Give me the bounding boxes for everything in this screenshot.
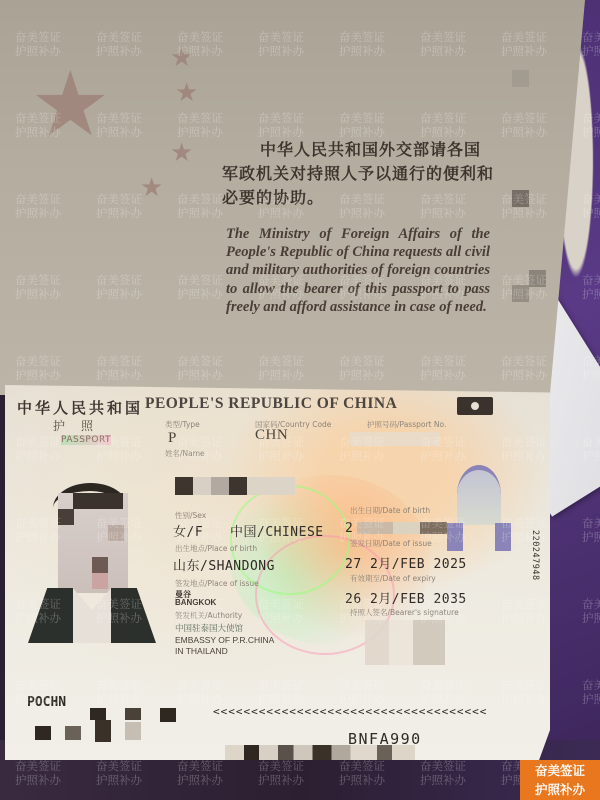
place-of-birth-label: 出生地点/Place of birth [175, 543, 257, 554]
place-of-issue-label: 签发地点/Place of issue [175, 578, 259, 589]
mrz-line2-tail: BNFA990 [348, 730, 422, 748]
redaction-blocks [512, 70, 546, 360]
request-text-chinese: 中华人民共和国外交部请各国军政机关对持照人予以通行的便利和必要的协助。 [222, 138, 497, 210]
date-of-expiry-label: 有效期至/Date of expiry [350, 573, 436, 584]
ghost-photo-head [457, 465, 501, 525]
name-redacted [175, 477, 295, 495]
authority-english-line1: EMBASSY OF P.R.CHINA [175, 635, 274, 646]
place-of-birth-value: 山东/SHANDONG [173, 555, 275, 574]
small-star-icon: ★ [140, 175, 163, 201]
passport-data-page: 中华人民共和国 PEOPLE'S REPUBLIC OF CHINA 护照 PA… [5, 385, 550, 760]
small-star-icon: ★ [170, 45, 193, 71]
document-type-english: PASSPORT [61, 435, 111, 445]
country-name-chinese: 中华人民共和国 [17, 397, 143, 418]
authority-english-line2: IN THAILAND [175, 646, 228, 657]
ghost-photo-redacted [447, 465, 507, 565]
holder-photo-redacted [23, 463, 143, 643]
type-label: 类型/Type [165, 419, 200, 430]
mrz-redacted [35, 708, 215, 743]
passport-request-page: ★ ★ ★ ★ ★ 中华人民共和国外交部请各国军政机关对持照人予以通行的便利和必… [0, 0, 585, 395]
authority-chinese: 中国驻泰国大使馆 [175, 623, 243, 634]
request-text-english: The Ministry of Foreign Affairs of the P… [226, 225, 490, 316]
small-star-icon: ★ [175, 80, 198, 106]
authority-label: 签发机关/Authority [175, 610, 242, 621]
watermark-badge-line2: 护照补办 [520, 780, 600, 799]
large-star-icon: ★ [30, 60, 111, 150]
mrz-line1-fill: <<<<<<<<<<<<<<<<<<<<<<<<<<<<<<<<<<<< [213, 705, 487, 718]
watermark-badge: 奋美签证 护照补办 [520, 760, 600, 800]
passport-no-label: 护照号码/Passport No. [367, 419, 446, 430]
ghost-photo-body [447, 523, 511, 551]
date-of-expiry-value: 26 2月/FEB 2035 [345, 588, 467, 607]
place-of-issue-english: BANGKOK [175, 598, 216, 607]
date-of-issue-label: 签发日期/Date of issue [350, 538, 432, 549]
date-of-birth-value: 2 [345, 521, 353, 536]
type-value: P [168, 430, 177, 447]
biometric-chip-icon [457, 397, 493, 415]
country-code-value: CHN [255, 427, 288, 444]
sex-label: 性别/Sex [175, 510, 206, 521]
nationality-value: 中国/CHINESE [230, 521, 324, 540]
date-of-birth-label: 出生日期/Date of birth [350, 505, 430, 516]
sex-value: 女/F [173, 521, 203, 540]
signature-redacted [365, 620, 445, 665]
serial-number-vertical: 220247948 [530, 530, 540, 581]
date-of-birth-redacted [357, 522, 447, 534]
country-name-english: PEOPLE'S REPUBLIC OF CHINA [145, 395, 397, 413]
document-type-chinese: 护照 [53, 417, 109, 434]
photo-shoulders [28, 588, 156, 643]
signature-label: 持照人签名/Bearer's signature [350, 607, 459, 618]
passport-no-redacted [350, 432, 440, 446]
small-star-icon: ★ [170, 140, 193, 166]
name-label: 姓名/Name [165, 448, 205, 459]
photo-face-pixelated [58, 493, 128, 593]
watermark-badge-line1: 奋美签证 [520, 761, 600, 780]
